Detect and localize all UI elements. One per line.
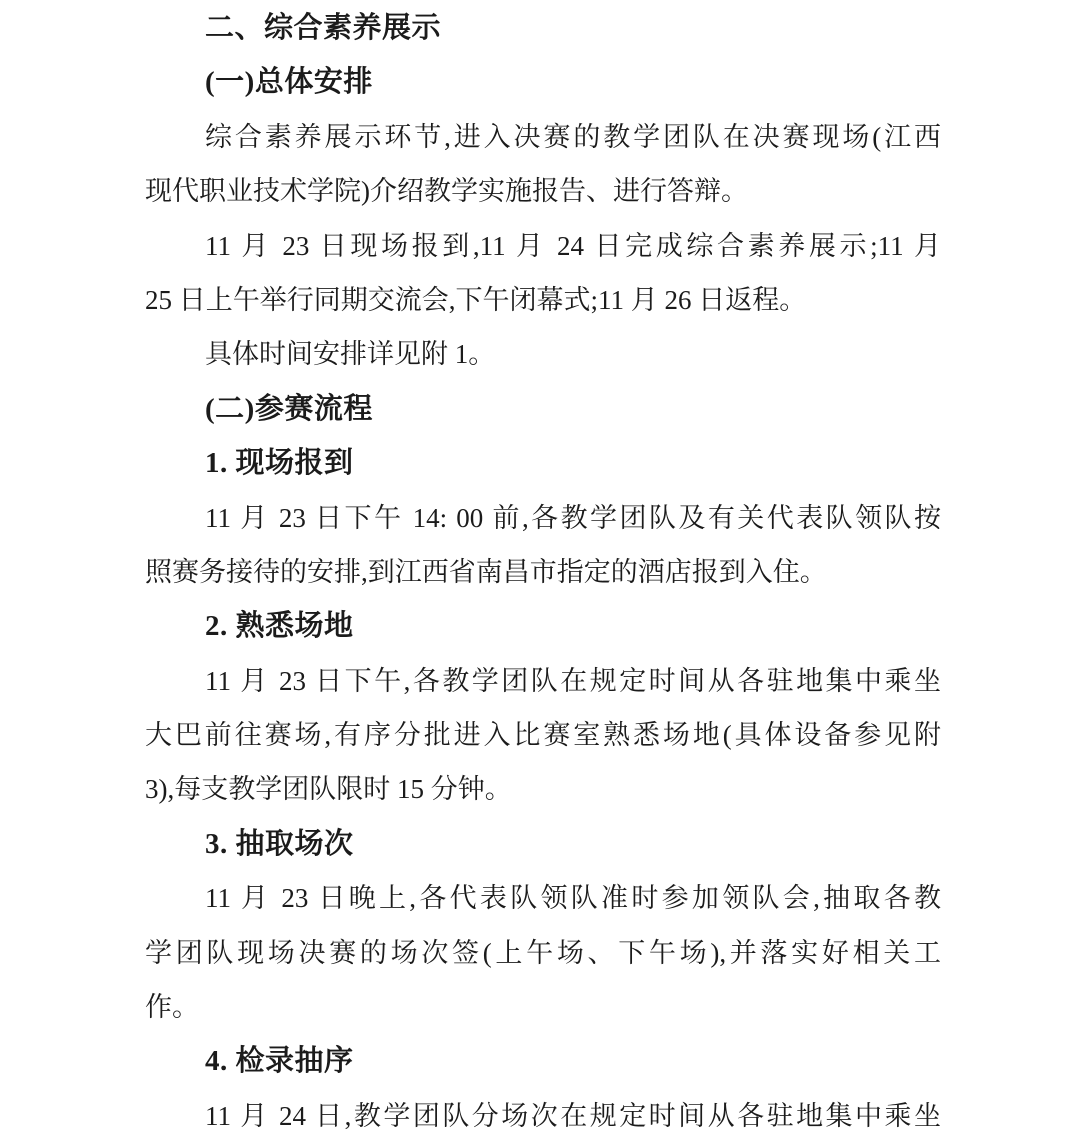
document-content: 二、综合素养展示 (一)总体安排 综合素养展示环节,进入决赛的教学团队在决赛现场… xyxy=(145,1,941,1143)
heading-step-2: 2. 熟悉场地 xyxy=(145,599,941,653)
paragraph-line: 作。 xyxy=(145,980,941,1034)
paragraph-line: 大巴前往赛场,有序分批进入比赛室熟悉场地(具体设备参见附 xyxy=(145,708,941,762)
heading-step-1: 1. 现场报到 xyxy=(145,436,941,490)
paragraph-line: 11 月 24 日,教学团队分场次在规定时间从各驻地集中乘坐 xyxy=(145,1089,941,1143)
heading-step-3: 3. 抽取场次 xyxy=(145,817,941,871)
paragraph-line: 现代职业技术学院)介绍教学实施报告、进行答辩。 xyxy=(145,164,941,218)
heading-section-two: 二、综合素养展示 xyxy=(145,1,941,55)
paragraph-line: 25 日上午举行同期交流会,下午闭幕式;11 月 26 日返程。 xyxy=(145,273,941,327)
paragraph-line: 11 月 23 日下午,各教学团队在规定时间从各驻地集中乘坐 xyxy=(145,654,941,708)
paragraph-line: 综合素养展示环节,进入决赛的教学团队在决赛现场(江西 xyxy=(145,110,941,164)
paragraph-line: 照赛务接待的安排,到江西省南昌市指定的酒店报到入住。 xyxy=(145,545,941,599)
paragraph-line: 11 月 23 日晚上,各代表队领队准时参加领队会,抽取各教 xyxy=(145,871,941,925)
heading-step-4: 4. 检录抽序 xyxy=(145,1034,941,1088)
paragraph-line: 3),每支教学团队限时 15 分钟。 xyxy=(145,762,941,816)
paragraph-line: 11 月 23 日下午 14: 00 前,各教学团队及有关代表队领队按 xyxy=(145,491,941,545)
paragraph-line: 11 月 23 日现场报到,11 月 24 日完成综合素养展示;11 月 xyxy=(145,219,941,273)
document-page: 二、综合素养展示 (一)总体安排 综合素养展示环节,进入决赛的教学团队在决赛现场… xyxy=(0,0,1080,1147)
paragraph-line: 学团队现场决赛的场次签(上午场、下午场),并落实好相关工 xyxy=(145,926,941,980)
heading-subsection-one: (一)总体安排 xyxy=(145,55,941,109)
paragraph-line: 具体时间安排详见附 1。 xyxy=(145,327,941,381)
heading-subsection-two: (二)参赛流程 xyxy=(145,382,941,436)
